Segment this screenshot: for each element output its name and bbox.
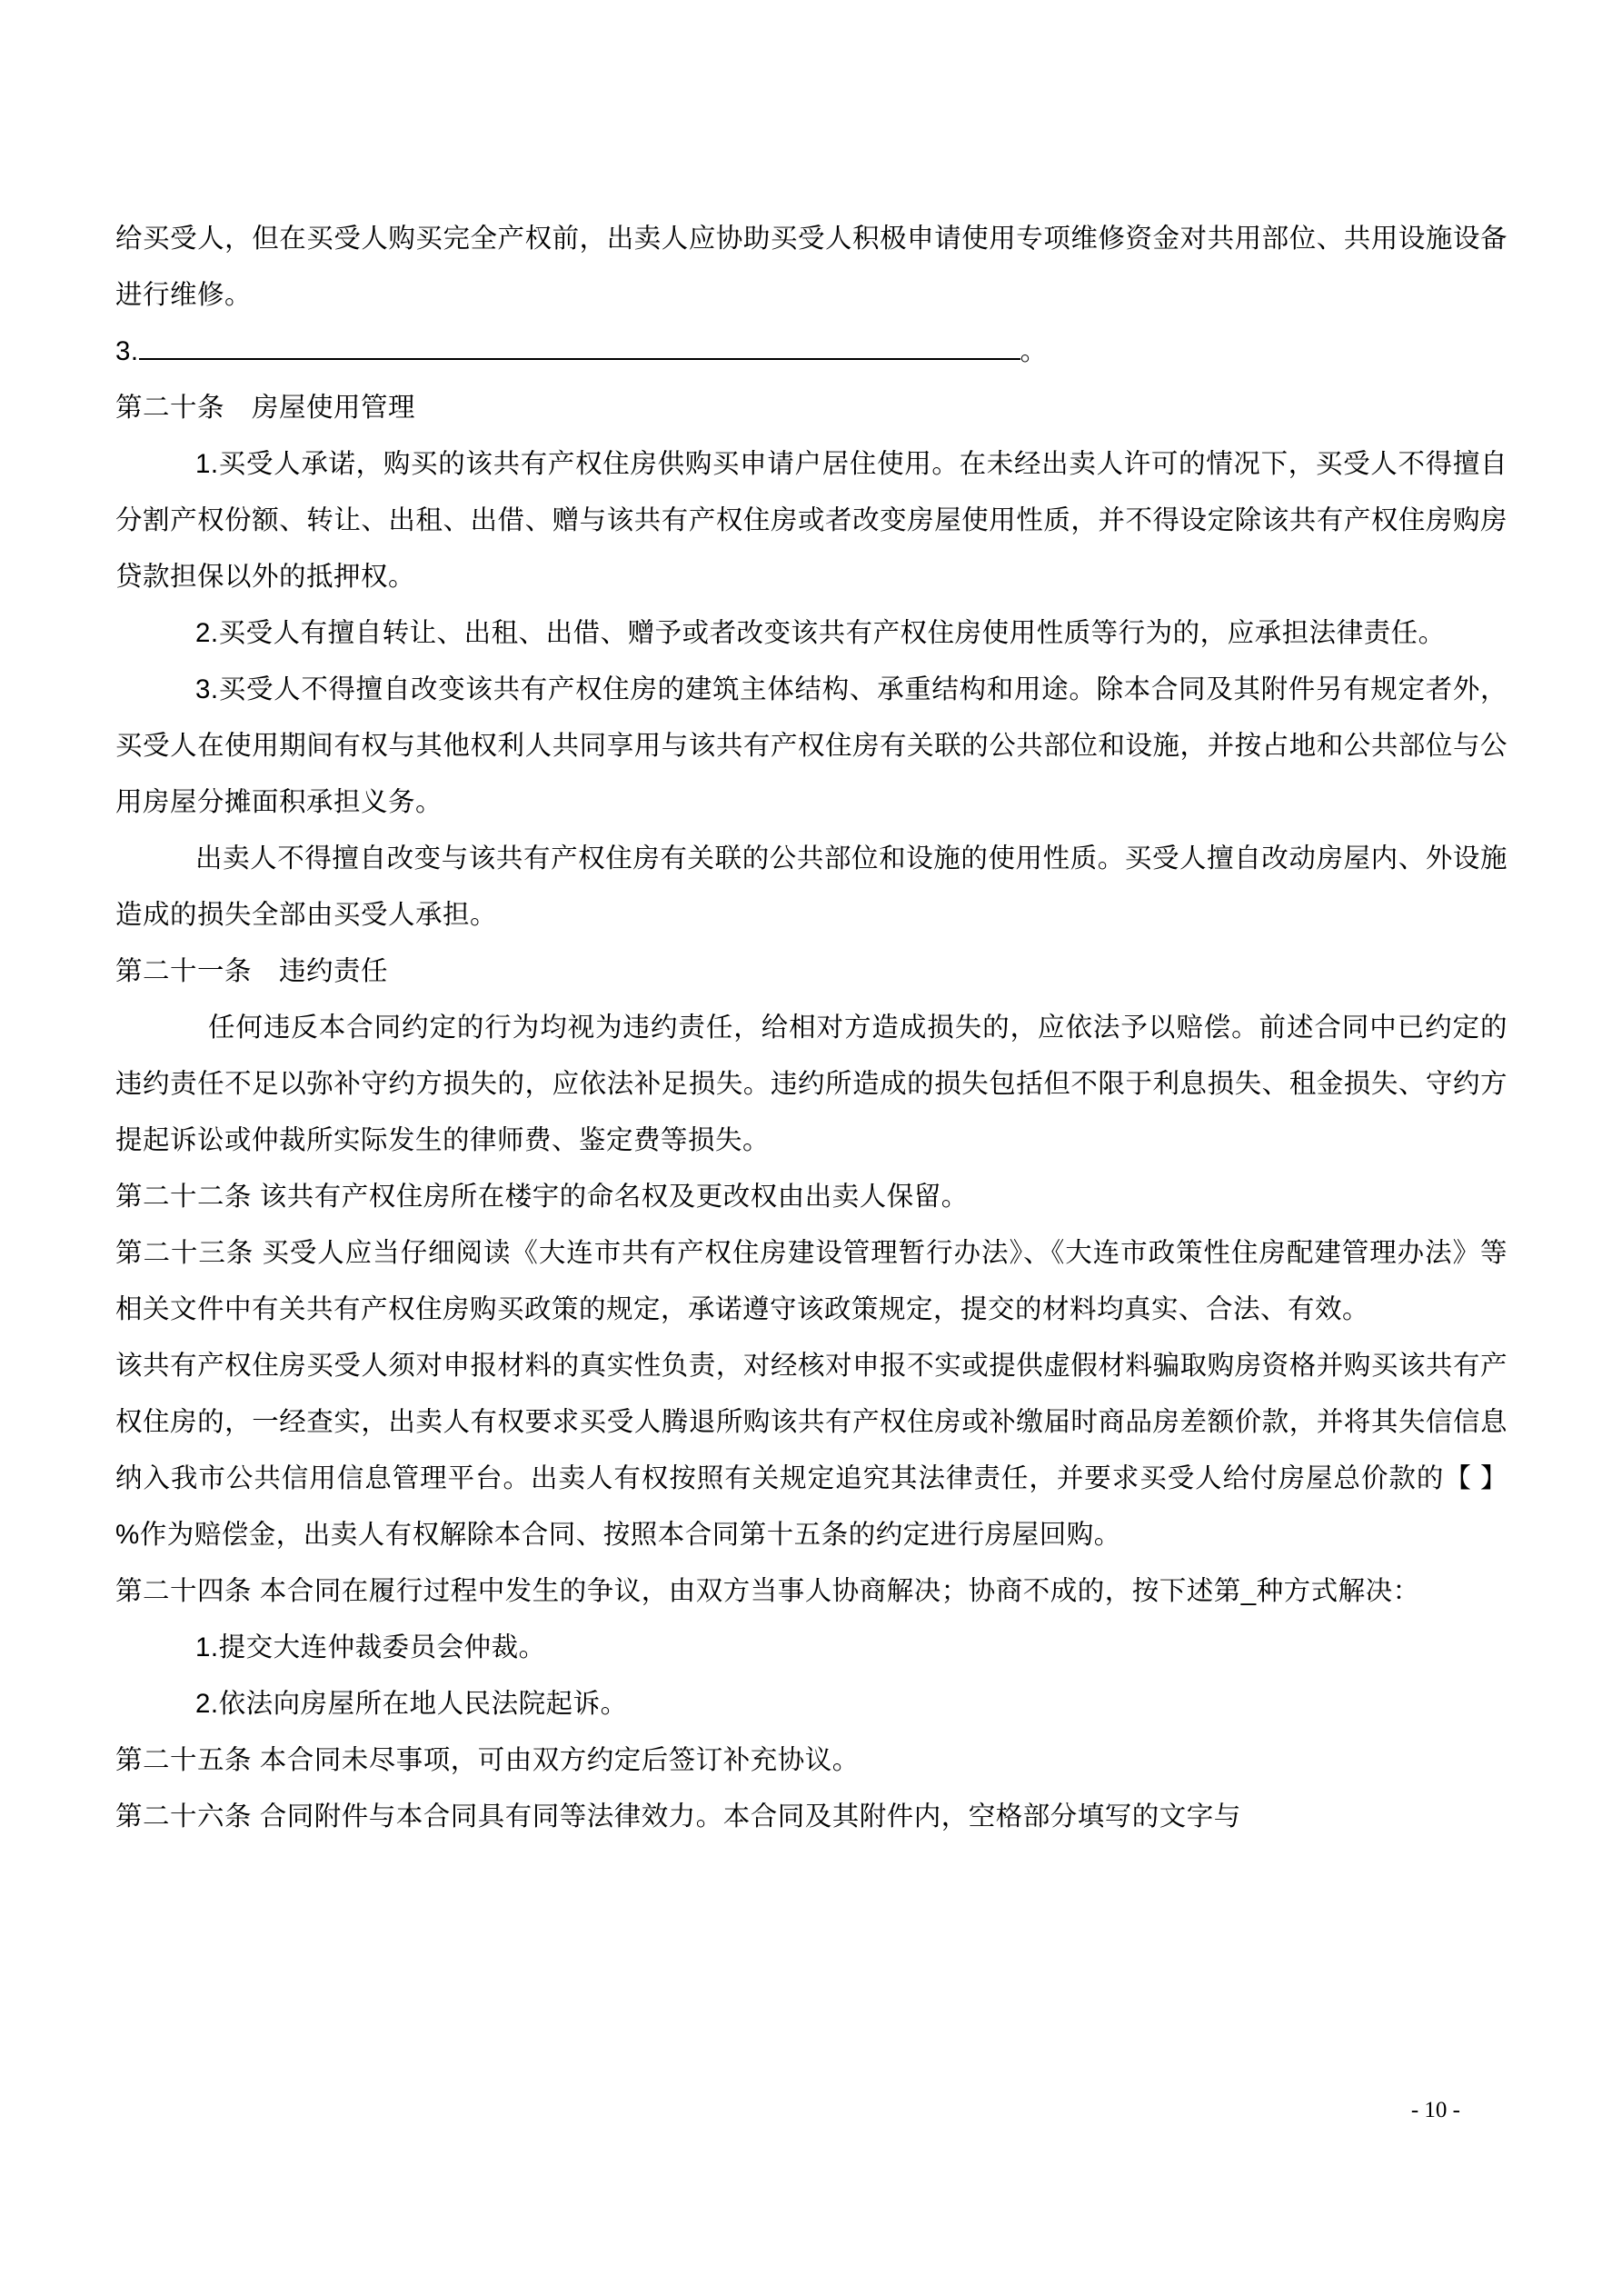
article-24-option-2: 2.依法向房屋所在地人民法院起诉。 bbox=[115, 1676, 1508, 1732]
article-heading-20: 第二十条 房屋使用管理 bbox=[115, 380, 1508, 436]
article-24-paragraph: 第二十四条 本合同在履行过程中发生的争议，由双方当事人协商解决；协商不成的，按下… bbox=[115, 1563, 1508, 1620]
article-20-item-2: 2.买受人有擅自转让、出租、出借、赠予或者改变该共有产权住房使用性质等行为的，应… bbox=[115, 605, 1508, 662]
article-21-liability-paragraph: 任何违反本合同约定的行为均视为违约责任，给相对方造成损失的，应依法予以赔偿。前述… bbox=[115, 1000, 1508, 1169]
article-24-option-1: 1.提交大连仲裁委员会仲裁。 bbox=[115, 1620, 1508, 1676]
article-22-paragraph: 第二十二条 该共有产权住房所在楼宇的命名权及更改权由出卖人保留。 bbox=[115, 1169, 1508, 1225]
article-23-paragraph: 第二十三条 买受人应当仔细阅读《大连市共有产权住房建设管理暂行办法》、《大连市政… bbox=[115, 1225, 1508, 1338]
article-25-paragraph: 第二十五条 本合同未尽事项，可由双方约定后签订补充协议。 bbox=[115, 1732, 1508, 1789]
article-20-item-3: 3.买受人不得擅自改变该共有产权住房的建筑主体结构、承重结构和用途。除本合同及其… bbox=[115, 662, 1508, 831]
article-26-paragraph: 第二十六条 合同附件与本合同具有同等法律效力。本合同及其附件内，空格部分填写的文… bbox=[115, 1789, 1508, 1845]
list-item-3-blank-line: 3.。 bbox=[115, 324, 1508, 380]
blank-item-label: 3. bbox=[115, 336, 139, 366]
page-number: - 10 - bbox=[1411, 2098, 1460, 2123]
article-heading-21: 第二十一条 违约责任 bbox=[115, 943, 1508, 1000]
contract-body: 给买受人，但在买受人购买完全产权前，出卖人应协助买受人积极申请使用专项维修资金对… bbox=[115, 211, 1508, 1845]
paragraph-maintenance-continuation: 给买受人，但在买受人购买完全产权前，出卖人应协助买受人积极申请使用专项维修资金对… bbox=[115, 211, 1508, 324]
article-20-item-1: 1.买受人承诺，购买的该共有产权住房供购买申请户居住使用。在未经出卖人许可的情况… bbox=[115, 436, 1508, 605]
blank-underline bbox=[139, 335, 1020, 360]
contract-document-page: 给买受人，但在买受人购买完全产权前，出卖人应协助买受人积极申请使用专项维修资金对… bbox=[0, 0, 1622, 2296]
blank-item-suffix: 。 bbox=[1020, 336, 1048, 366]
article-20-seller-clause: 出卖人不得擅自改变与该共有产权住房有关联的公共部位和设施的使用性质。买受人擅自改… bbox=[115, 831, 1508, 943]
article-23-declaration-paragraph: 该共有产权住房买受人须对申报材料的真实性负责，对经核对申报不实或提供虚假材料骗取… bbox=[115, 1338, 1508, 1563]
